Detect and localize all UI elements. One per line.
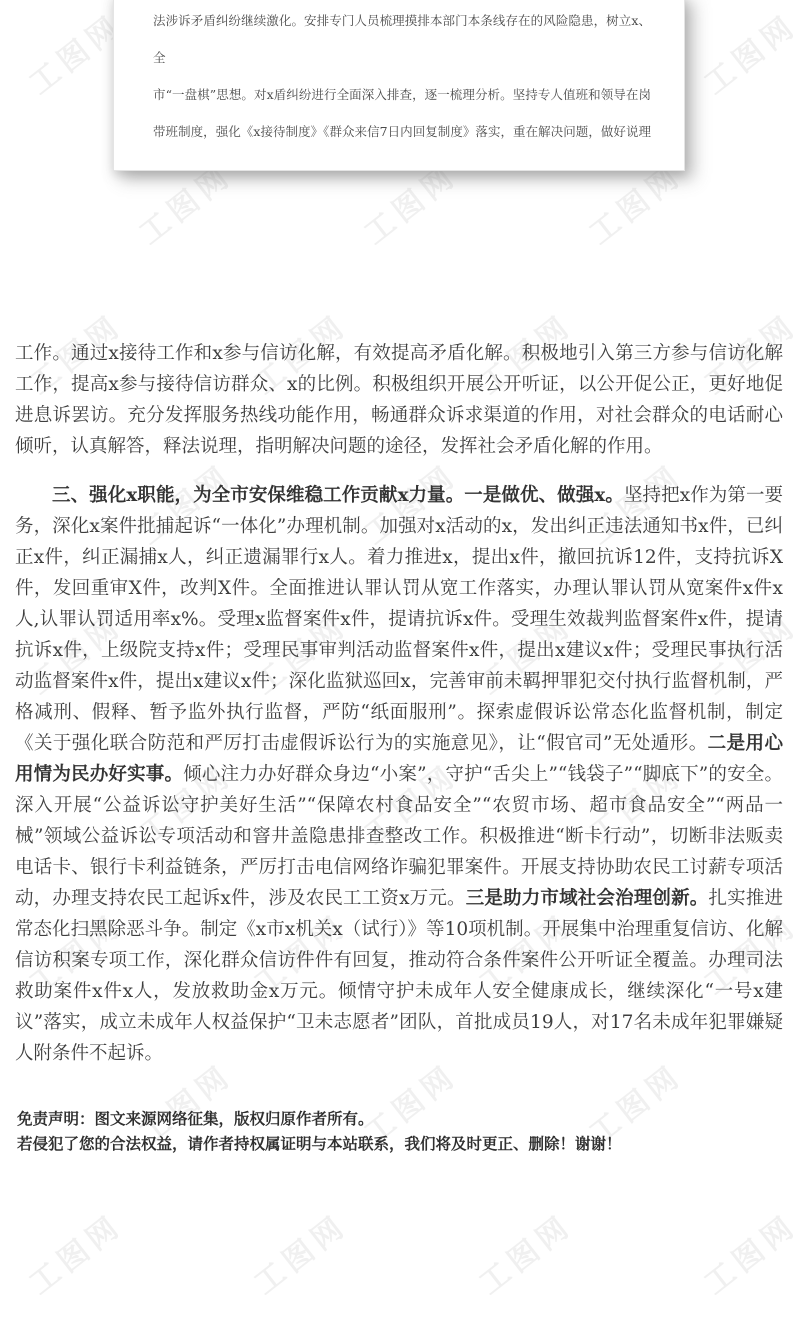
- preview-line: 法涉诉矛盾纠纷继续激化。安排专门人员梳理摸排本部门本条线存在的风险隐患，树立x、…: [153, 2, 651, 76]
- disclaimer: 免责声明：图文来源网络征集，版权归原作者所有。 若侵犯了您的合法权益，请作者持权…: [17, 1106, 622, 1156]
- bold-lead-in: 一是做优、做强x。: [464, 485, 624, 506]
- document-body-text: 工作。通过x接待工作和x参与信访化解，有效提高矛盾化解。积极地引入第三方参与信访…: [15, 338, 783, 1069]
- disclaimer-line-2: 若侵犯了您的合法权益，请作者持权属证明与本站联系，我们将及时更正、删除！谢谢！: [17, 1131, 622, 1156]
- bold-lead-in: 三、强化x职能，为全市安保维稳工作贡献x力量。: [52, 485, 464, 506]
- text-segment: 坚持把x作为第一要务，深化x案件批捕起诉“一体化”办理机制。加强对x活动的x，发…: [15, 485, 783, 754]
- watermark-text: 工图网: [18, 1201, 130, 1302]
- disclaimer-line-1: 免责声明：图文来源网络征集，版权归原作者所有。: [17, 1106, 622, 1131]
- preview-line: 带班制度，强化《x接待制度》《群众来信7日内回复制度》落实，重在解决问题，做好说…: [153, 113, 651, 150]
- watermark-text: 工图网: [468, 1201, 580, 1302]
- text-segment: 扎实推进常态化扫黑除恶斗争。制定《x市x机关x（试行）》等10项机制。开展集中治…: [15, 888, 783, 1064]
- preview-line: 市“一盘棋”思想。对x盾纠纷进行全面深入排查，逐一梳理分析。坚持专人值班和领导在…: [153, 76, 651, 113]
- document-preview-text: 法涉诉矛盾纠纷继续激化。安排专门人员梳理摸排本部门本条线存在的风险隐患，树立x、…: [153, 2, 651, 150]
- document-share-page: 工图网工图网工图网工图网工图网工图网工图网工图网工图网工图网工图网工图网工图网工…: [0, 0, 800, 1318]
- watermark-text: 工图网: [693, 1, 800, 102]
- watermark-text: 工图网: [693, 1201, 800, 1302]
- watermark-text: 工图网: [243, 1201, 355, 1302]
- document-preview-page: 法涉诉矛盾纠纷继续激化。安排专门人员梳理摸排本部门本条线存在的风险隐患，树立x、…: [113, 0, 685, 171]
- paragraph-section-three: 三、强化x职能，为全市安保维稳工作贡献x力量。一是做优、做强x。坚持把x作为第一…: [15, 480, 783, 1069]
- bold-lead-in: 三是助力市域社会治理创新。: [466, 888, 709, 909]
- paragraph-continuation: 工作。通过x接待工作和x参与信访化解，有效提高矛盾化解。积极地引入第三方参与信访…: [15, 338, 783, 462]
